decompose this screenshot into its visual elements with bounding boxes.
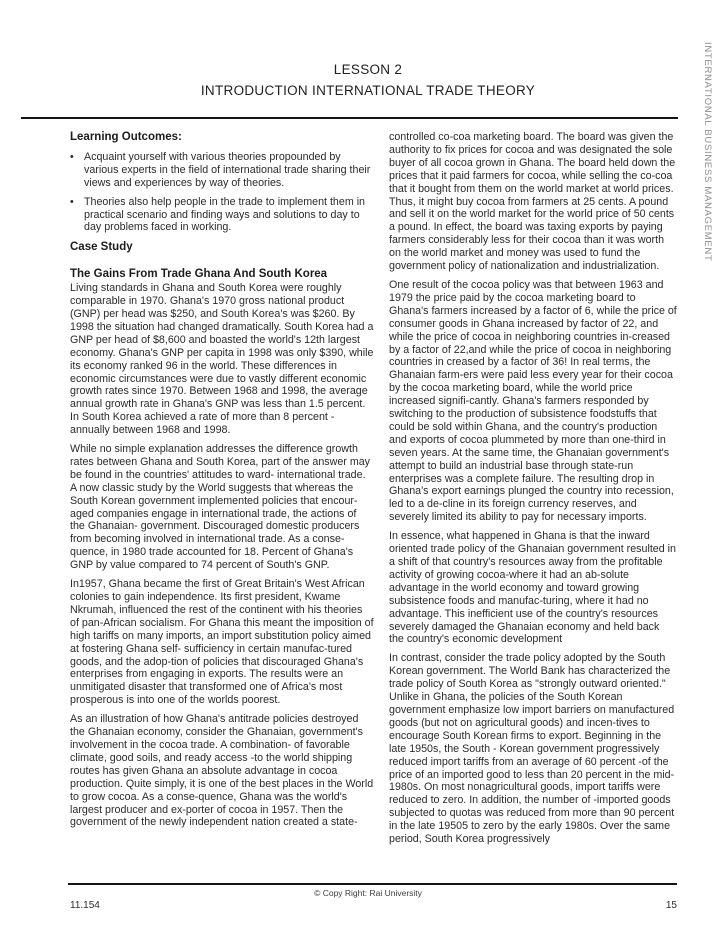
paragraph: controlled co-coa marketing board. The b… [389, 131, 677, 273]
bullet-text: Theories also help people in the trade t… [84, 196, 374, 235]
paragraph: Living standards in Ghana and South Kore… [70, 282, 374, 437]
bullet-icon: • [70, 196, 84, 235]
paragraph: One result of the cocoa policy was that … [389, 279, 677, 524]
bullet-text: Acquaint yourself with various theories … [84, 151, 374, 190]
right-column: controlled co-coa marketing board. The b… [389, 131, 677, 852]
page-title: INTRODUCTION INTERNATIONAL TRADE THEORY [54, 83, 682, 98]
footer-divider [68, 883, 677, 885]
paragraph: In1957, Ghana became the first of Great … [70, 578, 374, 707]
case-study-heading: Case Study [70, 241, 374, 254]
list-item: • Theories also help people in the trade… [70, 196, 374, 235]
lesson-header: LESSON 2 INTRODUCTION INTERNATIONAL TRAD… [54, 62, 682, 98]
document-page: LESSON 2 INTRODUCTION INTERNATIONAL TRAD… [0, 0, 728, 942]
page-number: 15 [666, 900, 677, 911]
paragraph: While no simple explanation addresses th… [70, 443, 374, 572]
left-column: Learning Outcomes: • Acquaint yourself w… [70, 131, 374, 852]
paragraph: In essence, what happened in Ghana is th… [389, 530, 677, 646]
lesson-number: LESSON 2 [54, 62, 682, 77]
list-item: • Acquaint yourself with various theorie… [70, 151, 374, 190]
paragraph: In contrast, consider the trade policy a… [389, 652, 677, 846]
page-ref: 11.154 [70, 900, 100, 911]
paragraph: As an illustration of how Ghana's antitr… [70, 713, 374, 829]
case-study-title: The Gains From Trade Ghana And South Kor… [70, 268, 374, 281]
sidebar-vertical-label: INTERNATIONAL BUSINESS MANAGEMENT [702, 42, 713, 261]
content-columns: Learning Outcomes: • Acquaint yourself w… [70, 131, 677, 852]
header-divider [21, 117, 678, 119]
bullet-icon: • [70, 151, 84, 190]
learning-outcomes-heading: Learning Outcomes: [70, 131, 374, 144]
learning-outcomes-list: • Acquaint yourself with various theorie… [70, 151, 374, 234]
copyright-text: © Copy Right: Rai University [54, 888, 682, 898]
